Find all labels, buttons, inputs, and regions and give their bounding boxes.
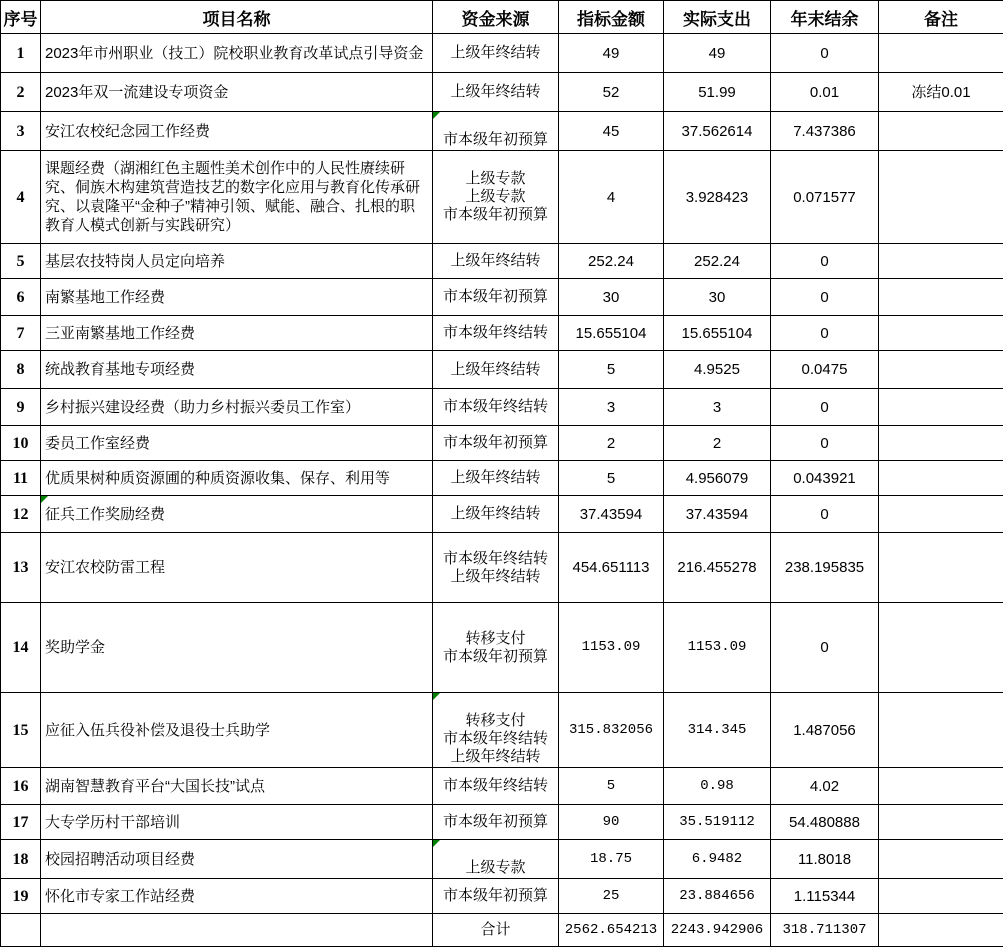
cell-year-end-balance: 1.487056 (771, 693, 879, 768)
cell-quota-amount: 49 (559, 34, 664, 73)
cell-fund-source: 上级年终结转 (433, 34, 559, 73)
header-row: 序号 项目名称 资金来源 指标金额 实际支出 年末结余 备注 (1, 1, 1003, 34)
cell-actual-spend: 4.9525 (664, 351, 771, 389)
excel-error-marker-icon (41, 496, 48, 503)
cell-actual-spend: 1153.09 (664, 603, 771, 693)
cell-actual-spend: 0.98 (664, 768, 771, 805)
cell-note (879, 151, 1003, 244)
cell-quota-amount: 5 (559, 768, 664, 805)
cell-actual-spend: 314.345 (664, 693, 771, 768)
cell-year-end-balance: 0 (771, 496, 879, 533)
cell-no (1, 914, 41, 947)
cell-actual-spend: 4.956079 (664, 461, 771, 496)
cell-actual-spend: 23.884656 (664, 879, 771, 914)
cell-fund-source: 市本级年终结转 上级年终结转 (433, 533, 559, 603)
cell-note (879, 351, 1003, 389)
cell-project-name: 安江农校防雷工程 (41, 533, 433, 603)
cell-no: 19 (1, 879, 41, 914)
cell-actual-spend: 252.24 (664, 244, 771, 279)
cell-actual-spend: 6.9482 (664, 840, 771, 879)
cell-no: 9 (1, 389, 41, 426)
total-quota-amount: 2562.654213 (559, 914, 664, 947)
cell-no: 4 (1, 151, 41, 244)
table-row: 2 2023年双一流建设专项资金 上级年终结转 52 51.99 0.01 冻结… (1, 73, 1003, 112)
cell-quota-amount: 5 (559, 461, 664, 496)
cell-quota-amount: 2 (559, 426, 664, 461)
cell-project-name: 乡村振兴建设经费（助力乡村振兴委员工作室） (41, 389, 433, 426)
header-project-name: 项目名称 (41, 1, 433, 34)
cell-fund-source: 市本级年初预算 (433, 805, 559, 840)
excel-error-marker-icon (433, 112, 440, 119)
cell-no: 3 (1, 112, 41, 151)
cell-fund-source: 上级年终结转 (433, 351, 559, 389)
cell-note (879, 461, 1003, 496)
header-fund-source: 资金来源 (433, 1, 559, 34)
cell-quota-amount: 4 (559, 151, 664, 244)
cell-fund-source: 市本级年终结转 (433, 316, 559, 351)
cell-no: 10 (1, 426, 41, 461)
cell-project-name: 2023年市州职业（技工）院校职业教育改革试点引导资金 (41, 34, 433, 73)
table-row: 19 怀化市专家工作站经费 市本级年初预算 25 23.884656 1.115… (1, 879, 1003, 914)
cell-project-name: 安江农校纪念园工作经费 (41, 112, 433, 151)
cell-no: 13 (1, 533, 41, 603)
cell-no: 6 (1, 279, 41, 316)
cell-no: 11 (1, 461, 41, 496)
cell-quota-amount: 5 (559, 351, 664, 389)
cell-project-name: 基层农技特岗人员定向培养 (41, 244, 433, 279)
cell-year-end-balance: 0 (771, 316, 879, 351)
table-row: 1 2023年市州职业（技工）院校职业教育改革试点引导资金 上级年终结转 49 … (1, 34, 1003, 73)
cell-actual-spend: 15.655104 (664, 316, 771, 351)
cell-year-end-balance: 0 (771, 244, 879, 279)
cell-quota-amount: 15.655104 (559, 316, 664, 351)
budget-table: 序号 项目名称 资金来源 指标金额 实际支出 年末结余 备注 1 2023年市州… (0, 0, 1003, 947)
cell-fund-source: 上级年终结转 (433, 461, 559, 496)
header-note: 备注 (879, 1, 1003, 34)
cell-actual-spend: 3 (664, 389, 771, 426)
cell-no: 2 (1, 73, 41, 112)
table-row: 8 统战教育基地专项经费 上级年终结转 5 4.9525 0.0475 (1, 351, 1003, 389)
cell-no: 8 (1, 351, 41, 389)
cell-no: 18 (1, 840, 41, 879)
cell-quota-amount: 37.43594 (559, 496, 664, 533)
cell-actual-spend: 37.562614 (664, 112, 771, 151)
header-no: 序号 (1, 1, 41, 34)
cell-fund-source: 上级专款 上级专款 市本级年初预算 (433, 151, 559, 244)
cell-project-name (41, 914, 433, 947)
cell-fund-source: 市本级年初预算 (433, 879, 559, 914)
cell-year-end-balance: 0.0475 (771, 351, 879, 389)
cell-project-name: 课题经费（湖湘红色主题性美术创作中的人民性赓续研究、侗族木构建筑营造技艺的数字化… (41, 151, 433, 244)
cell-project-name: 校园招聘活动项目经费 (41, 840, 433, 879)
cell-quota-amount: 18.75 (559, 840, 664, 879)
cell-actual-spend: 3.928423 (664, 151, 771, 244)
table-row: 4 课题经费（湖湘红色主题性美术创作中的人民性赓续研究、侗族木构建筑营造技艺的数… (1, 151, 1003, 244)
cell-note: 冻结0.01 (879, 73, 1003, 112)
cell-note (879, 768, 1003, 805)
header-actual-spend: 实际支出 (664, 1, 771, 34)
cell-year-end-balance: 7.437386 (771, 112, 879, 151)
table-row: 7 三亚南繁基地工作经费 市本级年终结转 15.655104 15.655104… (1, 316, 1003, 351)
cell-project-name: 奖助学金 (41, 603, 433, 693)
cell-fund-source: 上级年终结转 (433, 73, 559, 112)
cell-note (879, 279, 1003, 316)
cell-quota-amount: 1153.09 (559, 603, 664, 693)
cell-fund-source: 市本级年初预算 (433, 279, 559, 316)
cell-no: 15 (1, 693, 41, 768)
table-row: 16 湖南智慧教育平台“大国长技”试点 市本级年终结转 5 0.98 4.02 (1, 768, 1003, 805)
total-label: 合计 (433, 914, 559, 947)
cell-no: 14 (1, 603, 41, 693)
cell-note (879, 840, 1003, 879)
cell-year-end-balance: 0 (771, 389, 879, 426)
cell-actual-spend: 51.99 (664, 73, 771, 112)
cell-fund-source: 上级专款 (433, 840, 559, 879)
cell-fund-source: 上级年终结转 (433, 244, 559, 279)
cell-year-end-balance: 11.8018 (771, 840, 879, 879)
cell-actual-spend: 35.519112 (664, 805, 771, 840)
cell-quota-amount: 30 (559, 279, 664, 316)
total-row: 合计 2562.654213 2243.942906 318.711307 (1, 914, 1003, 947)
cell-note (879, 112, 1003, 151)
cell-year-end-balance: 1.115344 (771, 879, 879, 914)
table-row: 6 南繁基地工作经费 市本级年初预算 30 30 0 (1, 279, 1003, 316)
cell-year-end-balance: 0 (771, 426, 879, 461)
cell-project-name: 湖南智慧教育平台“大国长技”试点 (41, 768, 433, 805)
cell-project-name: 怀化市专家工作站经费 (41, 879, 433, 914)
table-row: 10 委员工作室经费 市本级年初预算 2 2 0 (1, 426, 1003, 461)
cell-actual-spend: 2 (664, 426, 771, 461)
cell-year-end-balance: 0.043921 (771, 461, 879, 496)
cell-project-name-text: 征兵工作奖励经费 (45, 506, 165, 523)
cell-quota-amount: 454.651113 (559, 533, 664, 603)
cell-actual-spend: 49 (664, 34, 771, 73)
table-row: 15 应征入伍兵役补偿及退役士兵助学 转移支付 市本级年终结转 上级年终结转 3… (1, 693, 1003, 768)
cell-project-name: 大专学历村干部培训 (41, 805, 433, 840)
header-year-end-balance: 年末结余 (771, 1, 879, 34)
cell-year-end-balance: 0 (771, 603, 879, 693)
table-row: 13 安江农校防雷工程 市本级年终结转 上级年终结转 454.651113 21… (1, 533, 1003, 603)
cell-project-name: 优质果树种质资源圃的种质资源收集、保存、利用等 (41, 461, 433, 496)
cell-note (879, 244, 1003, 279)
cell-fund-source: 市本级年初预算 (433, 112, 559, 151)
cell-fund-source: 转移支付 市本级年初预算 (433, 603, 559, 693)
cell-note (879, 316, 1003, 351)
cell-quota-amount: 315.832056 (559, 693, 664, 768)
cell-quota-amount: 90 (559, 805, 664, 840)
cell-no: 5 (1, 244, 41, 279)
table-row: 18 校园招聘活动项目经费 上级专款 18.75 6.9482 11.8018 (1, 840, 1003, 879)
cell-actual-spend: 216.455278 (664, 533, 771, 603)
cell-no: 1 (1, 34, 41, 73)
table-row: 5 基层农技特岗人员定向培养 上级年终结转 252.24 252.24 0 (1, 244, 1003, 279)
table-row: 12 征兵工作奖励经费 上级年终结转 37.43594 37.43594 0 (1, 496, 1003, 533)
cell-no: 12 (1, 496, 41, 533)
cell-no: 16 (1, 768, 41, 805)
cell-fund-source-text: 市本级年初预算 (443, 131, 548, 148)
cell-fund-source: 市本级年终结转 (433, 389, 559, 426)
table-row: 9 乡村振兴建设经费（助力乡村振兴委员工作室） 市本级年终结转 3 3 0 (1, 389, 1003, 426)
cell-note (879, 879, 1003, 914)
header-quota-amount: 指标金额 (559, 1, 664, 34)
cell-year-end-balance: 0.01 (771, 73, 879, 112)
cell-project-name: 委员工作室经费 (41, 426, 433, 461)
excel-error-marker-icon (433, 840, 440, 847)
cell-fund-source-text: 转移支付 市本级年终结转 上级年终结转 (443, 712, 548, 765)
cell-fund-source: 转移支付 市本级年终结转 上级年终结转 (433, 693, 559, 768)
table-row: 3 安江农校纪念园工作经费 市本级年初预算 45 37.562614 7.437… (1, 112, 1003, 151)
cell-note (879, 693, 1003, 768)
cell-year-end-balance: 238.195835 (771, 533, 879, 603)
cell-note (879, 389, 1003, 426)
cell-quota-amount: 45 (559, 112, 664, 151)
cell-project-name: 应征入伍兵役补偿及退役士兵助学 (41, 693, 433, 768)
cell-fund-source: 市本级年终结转 (433, 768, 559, 805)
cell-quota-amount: 3 (559, 389, 664, 426)
cell-note (879, 914, 1003, 947)
cell-quota-amount: 52 (559, 73, 664, 112)
cell-year-end-balance: 0 (771, 279, 879, 316)
table-row: 11 优质果树种质资源圃的种质资源收集、保存、利用等 上级年终结转 5 4.95… (1, 461, 1003, 496)
cell-project-name: 征兵工作奖励经费 (41, 496, 433, 533)
cell-note (879, 34, 1003, 73)
cell-project-name: 南繁基地工作经费 (41, 279, 433, 316)
table-row: 17 大专学历村干部培训 市本级年初预算 90 35.519112 54.480… (1, 805, 1003, 840)
cell-no: 17 (1, 805, 41, 840)
cell-year-end-balance: 4.02 (771, 768, 879, 805)
table-row: 14 奖助学金 转移支付 市本级年初预算 1153.09 1153.09 0 (1, 603, 1003, 693)
cell-project-name: 2023年双一流建设专项资金 (41, 73, 433, 112)
total-year-end-balance: 318.711307 (771, 914, 879, 947)
cell-note (879, 533, 1003, 603)
cell-fund-source-text: 上级专款 (465, 859, 525, 876)
cell-note (879, 426, 1003, 461)
cell-quota-amount: 252.24 (559, 244, 664, 279)
cell-project-name: 三亚南繁基地工作经费 (41, 316, 433, 351)
cell-year-end-balance: 54.480888 (771, 805, 879, 840)
cell-fund-source: 市本级年初预算 (433, 426, 559, 461)
cell-note (879, 603, 1003, 693)
cell-fund-source: 上级年终结转 (433, 496, 559, 533)
cell-project-name: 统战教育基地专项经费 (41, 351, 433, 389)
cell-year-end-balance: 0 (771, 34, 879, 73)
cell-note (879, 805, 1003, 840)
cell-quota-amount: 25 (559, 879, 664, 914)
total-actual-spend: 2243.942906 (664, 914, 771, 947)
cell-year-end-balance: 0.071577 (771, 151, 879, 244)
cell-no: 7 (1, 316, 41, 351)
cell-actual-spend: 30 (664, 279, 771, 316)
cell-note (879, 496, 1003, 533)
cell-actual-spend: 37.43594 (664, 496, 771, 533)
excel-error-marker-icon (433, 693, 440, 700)
